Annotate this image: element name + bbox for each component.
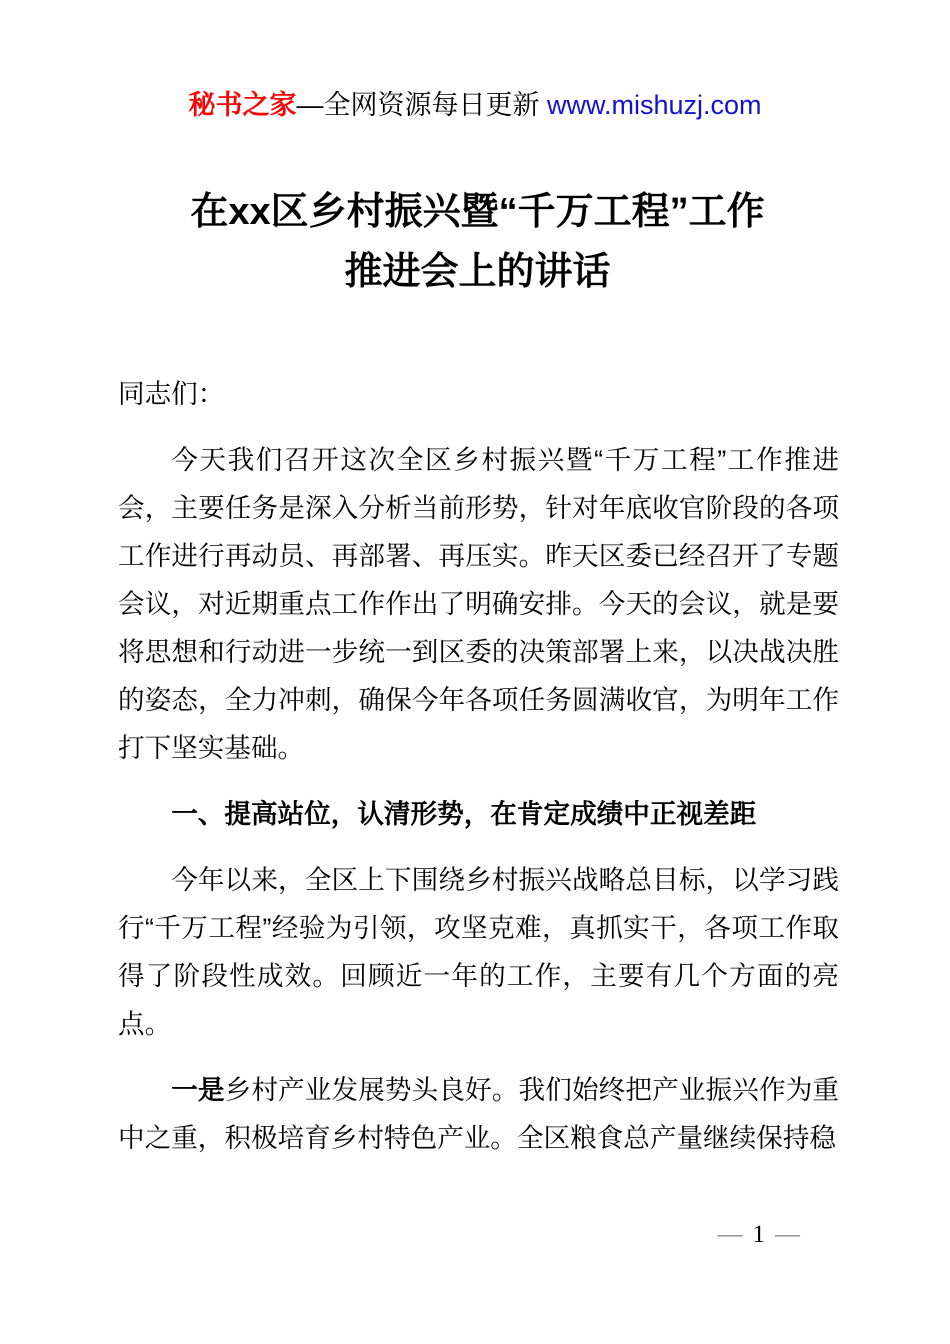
paragraph-3: 一是乡村产业发展势头良好。我们始终把产业振兴作为重中之重，积极培育乡村特色产业。… xyxy=(118,1066,839,1162)
site-url-link[interactable]: www.mishuzj.com xyxy=(547,90,762,120)
footer-dash-right: — xyxy=(775,1221,800,1248)
title-line-1: 在xx区乡村振兴暨“千万工程”工作 xyxy=(117,182,838,242)
title-line-2: 推进会上的讲话 xyxy=(117,242,838,302)
site-tagline: —全网资源每日更新 xyxy=(296,90,547,120)
document-title: 在xx区乡村振兴暨“千万工程”工作 推进会上的讲话 xyxy=(117,182,838,302)
document-header: 秘书之家—全网资源每日更新 www.mishuzj.com xyxy=(0,88,950,122)
paragraph-2: 今年以来，全区上下围绕乡村振兴战略总目标，以学习践行“千万工程”经验为引领，攻坚… xyxy=(118,856,839,1048)
paragraph-1: 今天我们召开这次全区乡村振兴暨“千万工程”工作推进会，主要任务是深入分析当前形势… xyxy=(118,436,839,772)
document-page: 秘书之家—全网资源每日更新 www.mishuzj.com 在xx区乡村振兴暨“… xyxy=(0,0,950,1344)
paragraph-3-lead: 一是 xyxy=(171,1075,224,1105)
site-brand: 秘书之家 xyxy=(188,90,296,120)
salutation: 同志们： xyxy=(118,370,839,418)
section-heading-1: 一、提高站位，认清形势，在肯定成绩中正视差距 xyxy=(118,790,839,838)
footer-dash-left: — xyxy=(718,1221,743,1248)
paragraph-3-text: 乡村产业发展势头良好。我们始终把产业振兴作为重中之重，积极培育乡村特色产业。全区… xyxy=(118,1075,839,1153)
page-number-footer: —1— xyxy=(718,1220,801,1250)
footer-page-number: 1 xyxy=(753,1221,766,1248)
document-body: 同志们： 今天我们召开这次全区乡村振兴暨“千万工程”工作推进会，主要任务是深入分… xyxy=(118,370,839,1162)
